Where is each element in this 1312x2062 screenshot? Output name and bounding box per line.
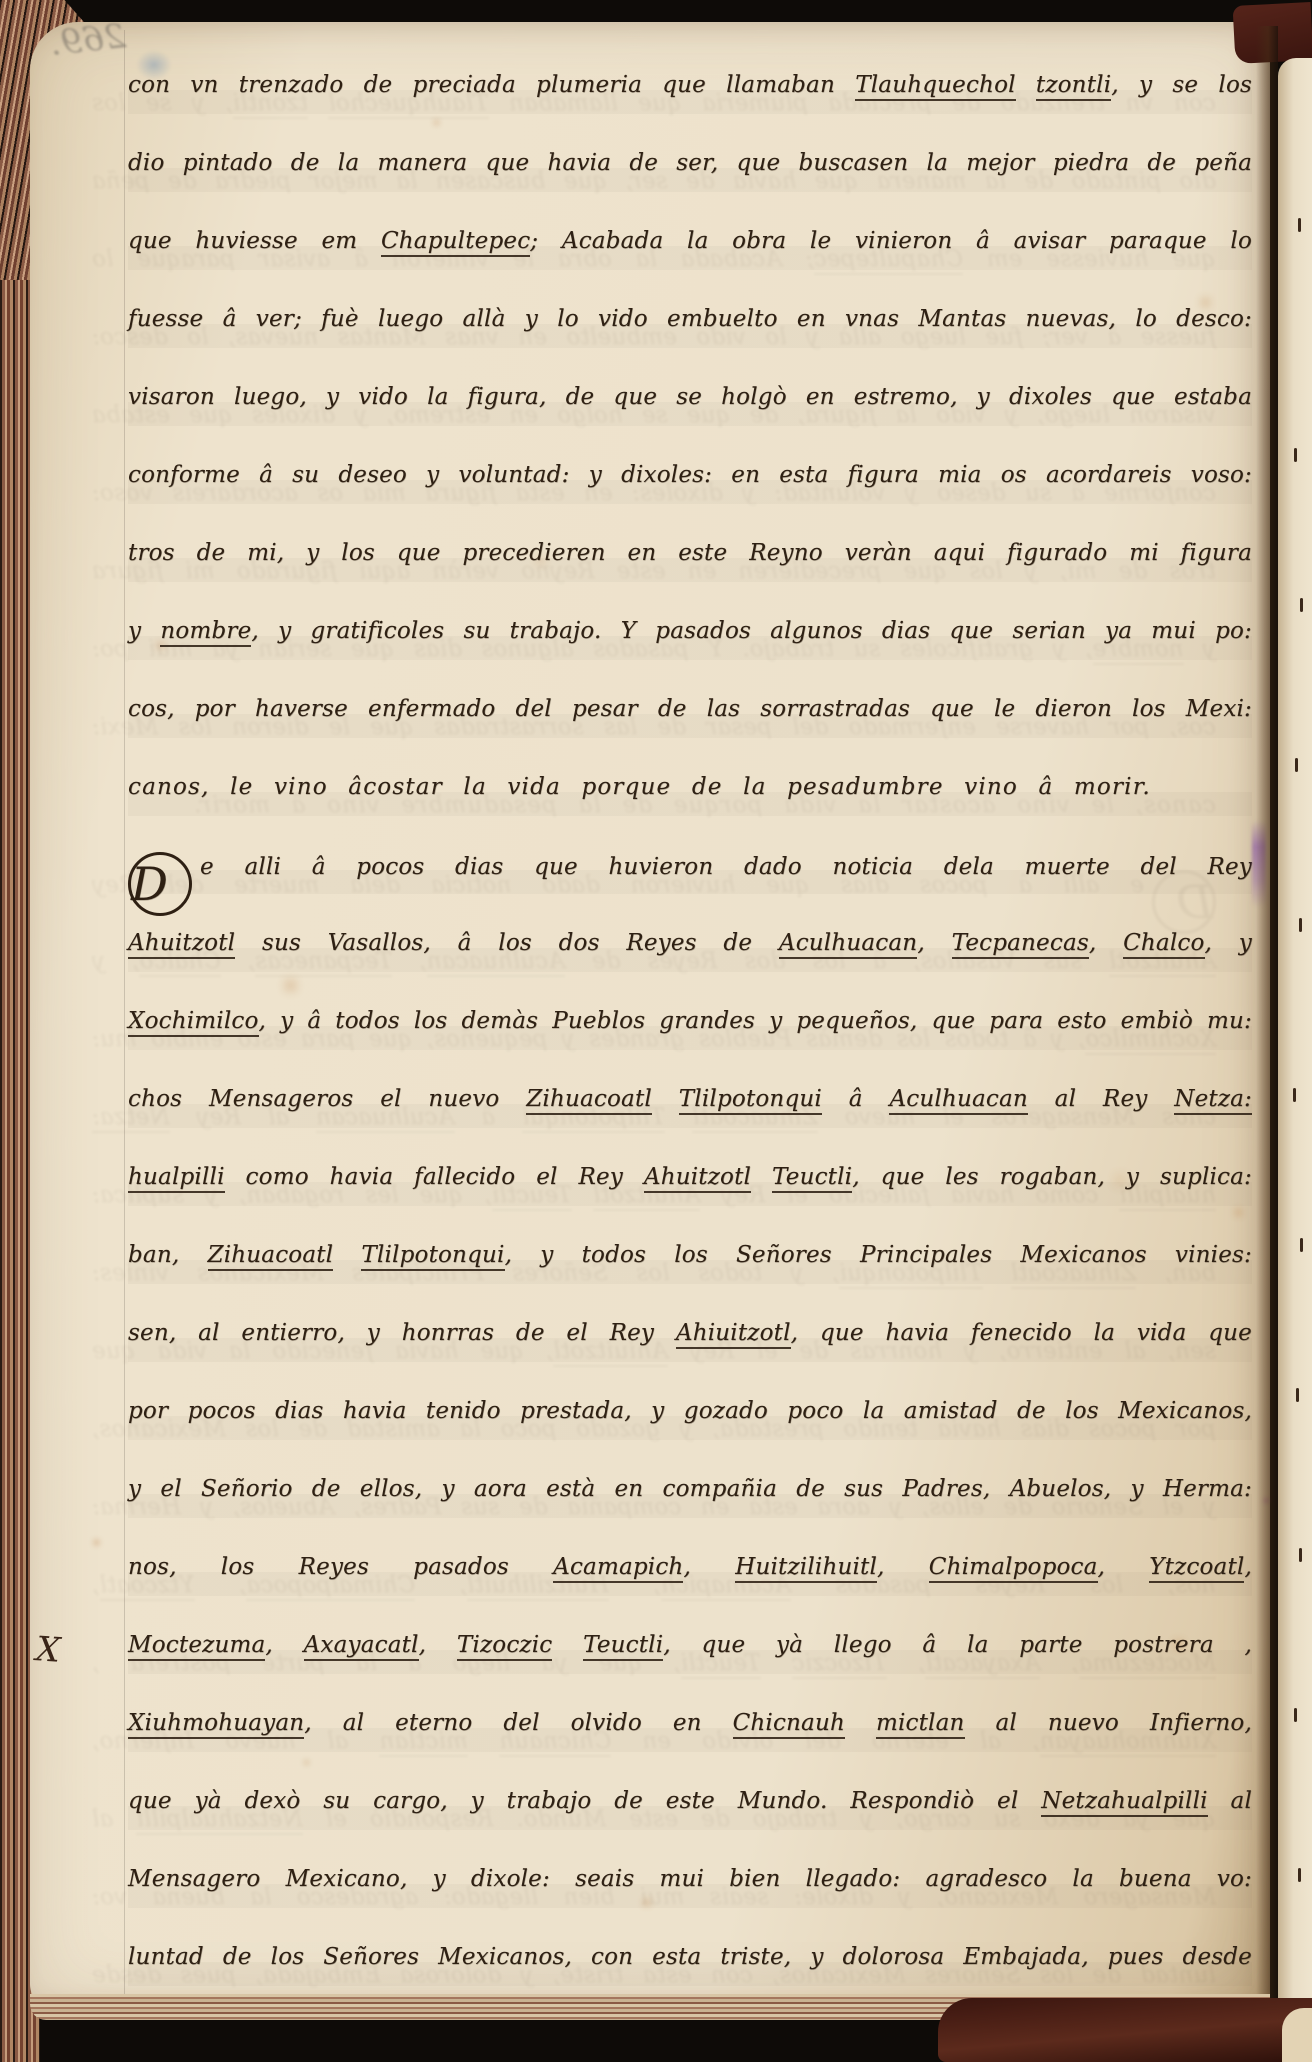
text-run: luntad de los Señores Mexicanos, con est… bbox=[128, 1944, 1252, 1970]
corner-page-curl bbox=[1282, 2008, 1312, 2062]
underlined-word: mictlan bbox=[876, 1710, 965, 1739]
manuscript-line: conforme â su deseo y voluntad: y dixole… bbox=[128, 430, 1252, 508]
text-run: , bbox=[1244, 1554, 1252, 1580]
text-run: ban, bbox=[128, 1242, 208, 1268]
underlined-word: Tlilpotonqui bbox=[679, 1086, 822, 1115]
text-run: y el Señorio de ellos, y aora està en co… bbox=[128, 1476, 1252, 1502]
manuscript-line: Xochimilco, y â todos los demàs Pueblos … bbox=[128, 976, 1252, 1054]
manuscript-line: De alli â pocos dias que huvieron dado n… bbox=[128, 820, 1252, 898]
underlined-word: Xochimilco bbox=[128, 1008, 259, 1037]
underlined-word: Tecpanecas bbox=[952, 930, 1089, 959]
underlined-word: Ytzcoatl bbox=[1149, 1554, 1244, 1583]
text-run: como havia fallecido el Rey bbox=[225, 1164, 644, 1190]
facing-page-ink-marks bbox=[1292, 58, 1295, 72]
underlined-word: Aculhuacan bbox=[779, 930, 917, 959]
manuscript-line: y nombre, y gratificoles su trabajo. Y p… bbox=[128, 586, 1252, 664]
manuscript-line: Xiuhmohuayan, al eterno del olvido en Ch… bbox=[128, 1678, 1252, 1756]
manuscript-line: ban, Zihuacoatl Tlilpotonqui, y todos lo… bbox=[128, 1210, 1252, 1288]
text-run bbox=[652, 1086, 679, 1112]
text-run: , bbox=[877, 1554, 929, 1580]
underlined-word: Chicnauh bbox=[733, 1710, 845, 1739]
underlined-word: Axayacatl bbox=[304, 1632, 419, 1661]
text-run: , y gratificoles su trabajo. Y pasados a… bbox=[251, 618, 1252, 644]
text-run: y bbox=[128, 618, 160, 644]
text-block: con vn trenzado de preciada plumeria que… bbox=[128, 40, 1252, 1990]
underlined-word: Zihuacoatl bbox=[526, 1086, 652, 1115]
text-run: , y bbox=[1205, 930, 1252, 956]
text-run: chos Mensageros el nuevo bbox=[128, 1086, 526, 1112]
text-run bbox=[552, 1632, 583, 1658]
text-run: Mensagero Mexicano, y dixole: seais mui … bbox=[128, 1866, 1252, 1892]
underlined-word: Ahiuitzotl bbox=[676, 1320, 791, 1349]
text-run: e alli â pocos dias que huvieron dado no… bbox=[200, 854, 1252, 880]
text-run: que huviesse em bbox=[128, 228, 381, 254]
text-run: que yà dexò su cargo, y trabajo de este … bbox=[128, 1788, 1041, 1814]
margin-x-mark: X bbox=[35, 1629, 62, 1671]
text-run: dio pintado de la manera que havia de se… bbox=[128, 150, 1252, 176]
manuscript-line: fuesse â ver; fuè luego allà y lo vido e… bbox=[128, 274, 1252, 352]
manuscript-line: dio pintado de la manera que havia de se… bbox=[128, 118, 1252, 196]
text-run: , y â todos los demàs Pueblos grandes y … bbox=[259, 1008, 1252, 1034]
underlined-word: hualpilli bbox=[128, 1164, 225, 1193]
manuscript-line: hualpilli como havia fallecido el Rey Ah… bbox=[128, 1132, 1252, 1210]
underlined-word: Chimalpopoca bbox=[929, 1554, 1098, 1583]
text-run: tros de mi, y los que precedieren en est… bbox=[128, 540, 1252, 566]
text-run: , y todos los Señores Principales Mexica… bbox=[505, 1242, 1252, 1268]
text-run: al nuevo Infierno, bbox=[965, 1710, 1252, 1736]
text-run: , bbox=[419, 1632, 457, 1658]
manuscript-line: canos, le vino âcostar la vida porque de… bbox=[128, 742, 1252, 820]
text-run: visaron luego, y vido la figura, de que … bbox=[128, 384, 1252, 410]
underlined-word: Ahuitzotl bbox=[644, 1164, 751, 1193]
text-run: nos, los Reyes pasados bbox=[128, 1554, 553, 1580]
underlined-word: Acamapich bbox=[553, 1554, 683, 1583]
text-run: , bbox=[1089, 930, 1123, 956]
manuscript-line: chos Mensageros el nuevo Zihuacoatl Tlil… bbox=[128, 1054, 1252, 1132]
foxing-stains bbox=[0, 0, 1, 1]
underlined-word: Chalco bbox=[1123, 930, 1204, 959]
underlined-word: Netzahualpilli bbox=[1041, 1788, 1207, 1817]
text-run: , que yà llego â la parte postrera , bbox=[663, 1632, 1252, 1658]
manuscript-line: nos, los Reyes pasados Acamapich, Huitzi… bbox=[128, 1522, 1252, 1600]
text-run bbox=[333, 1242, 361, 1268]
underlined-word: Aculhuacan bbox=[889, 1086, 1027, 1115]
manuscript-scan: con vn trenzado de preciada plumeria que… bbox=[0, 0, 1312, 2062]
manuscript-line: que yà dexò su cargo, y trabajo de este … bbox=[128, 1756, 1252, 1834]
text-run: conforme â su deseo y voluntad: y dixole… bbox=[128, 462, 1252, 488]
ornamental-initial: D bbox=[128, 852, 192, 916]
text-run bbox=[845, 1710, 876, 1736]
manuscript-line: visaron luego, y vido la figura, de que … bbox=[128, 352, 1252, 430]
binding-gutter-shadow bbox=[1256, 26, 1278, 2016]
text-run bbox=[1016, 72, 1036, 98]
manuscript-line: Mensagero Mexicano, y dixole: seais mui … bbox=[128, 1834, 1252, 1912]
underlined-word: Tlauhquechol bbox=[855, 72, 1015, 101]
text-run: , bbox=[265, 1632, 303, 1658]
text-run: , bbox=[683, 1554, 735, 1580]
underlined-word: Chapultepec bbox=[381, 228, 530, 257]
underlined-word: Teuctli bbox=[772, 1164, 852, 1193]
margin-rule-line bbox=[124, 30, 125, 2006]
text-run: al bbox=[1208, 1788, 1252, 1814]
ghost-folio-number: 269. bbox=[48, 16, 127, 64]
text-run: , que les rogaban, y suplica: bbox=[852, 1164, 1252, 1190]
manuscript-line: sen, al entierro, y honrras de el Rey Ah… bbox=[128, 1288, 1252, 1366]
text-run: por pocos dias havia tenido prestada, y … bbox=[128, 1398, 1252, 1424]
underlined-word: Ahuitzotl bbox=[128, 930, 235, 959]
text-run: sus Vasallos, â los dos Reyes de bbox=[235, 930, 779, 956]
facing-page-sliver bbox=[1278, 58, 1312, 2010]
text-run: fuesse â ver; fuè luego allà y lo vido e… bbox=[128, 306, 1252, 332]
text-run: , bbox=[1098, 1554, 1150, 1580]
text-run: , y se los bbox=[1111, 72, 1252, 98]
text-run: canos, le vino âcostar la vida porque de… bbox=[128, 774, 1151, 800]
manuscript-line: cos, por haverse enfermado del pesar de … bbox=[128, 664, 1252, 742]
underlined-word: Tlilpotonqui bbox=[361, 1242, 504, 1271]
manuscript-line: luntad de los Señores Mexicanos, con est… bbox=[128, 1912, 1252, 1990]
manuscript-line: tros de mi, y los que precedieren en est… bbox=[128, 508, 1252, 586]
text-run: â bbox=[822, 1086, 890, 1112]
manuscript-line: que huviesse em Chapultepec; Acabada la … bbox=[128, 196, 1252, 274]
manuscript-line: y el Señorio de ellos, y aora està en co… bbox=[128, 1444, 1252, 1522]
manuscript-line: por pocos dias havia tenido prestada, y … bbox=[128, 1366, 1252, 1444]
cover-bottom-right bbox=[938, 1998, 1312, 2062]
manuscript-line: Moctezuma, Axayacatl, Tizoczic Teuctli, … bbox=[128, 1600, 1252, 1678]
underlined-word: nombre bbox=[160, 618, 251, 647]
underlined-word: Tizoczic bbox=[457, 1632, 553, 1661]
text-run: , que havia fenecido la vida que bbox=[791, 1320, 1252, 1346]
manuscript-line: con vn trenzado de preciada plumeria que… bbox=[128, 40, 1252, 118]
text-run: cos, por haverse enfermado del pesar de … bbox=[128, 696, 1252, 722]
underlined-word: tzontli bbox=[1036, 72, 1111, 101]
underlined-word: Xiuhmohuayan bbox=[128, 1710, 304, 1739]
text-run: ; Acabada la obra le vinieron â avisar p… bbox=[530, 228, 1252, 254]
text-run: al Rey bbox=[1028, 1086, 1174, 1112]
underlined-word: Zihuacoatl bbox=[208, 1242, 334, 1271]
text-run bbox=[751, 1164, 772, 1190]
underlined-word: Huitzilihuitl bbox=[735, 1554, 877, 1583]
underlined-word: Moctezuma bbox=[128, 1632, 265, 1661]
text-run: , bbox=[917, 930, 951, 956]
text-run: con vn trenzado de preciada plumeria que… bbox=[128, 72, 855, 98]
text-run: sen, al entierro, y honrras de el Rey bbox=[128, 1320, 676, 1346]
underlined-word: Netza: bbox=[1174, 1086, 1252, 1115]
text-run: , al eterno del olvido en bbox=[304, 1710, 732, 1736]
underlined-word: Teuctli bbox=[583, 1632, 663, 1661]
